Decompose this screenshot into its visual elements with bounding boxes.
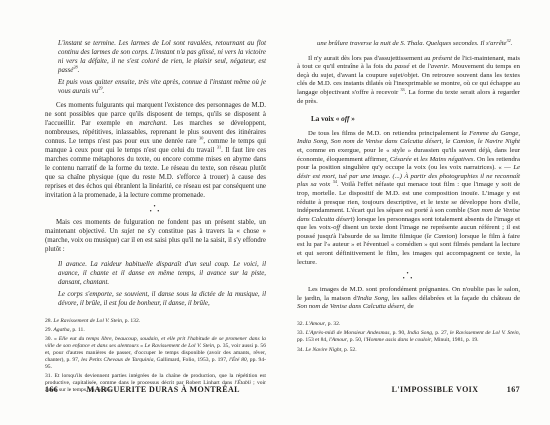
dots-divider: • • • — [297, 272, 520, 281]
block-quote: Le corps s'emporte, se souvient, il dans… — [58, 291, 266, 309]
footnote: 30. « Elle eut du temps libre, beaucoup,… — [45, 336, 266, 371]
block-quote: une brûlure traverse la nuit de S. Thala… — [317, 40, 520, 49]
running-title: L'IMPOSSIBLE VOIX — [392, 385, 479, 394]
left-page: L'instant se termine. Les larmes de Lol … — [45, 40, 266, 402]
footnote: 29. Agatha, p. 11. — [45, 327, 266, 334]
footnotes-section: 28. Le Ravissement de Lol V. Stein, p. 1… — [45, 318, 266, 395]
divider-dots-bottom: • • — [150, 210, 162, 214]
footnote: 34. Le Navire Night, p. 52. — [297, 347, 520, 354]
footnote: 28. Le Ravissement de Lol V. Stein, p. 1… — [45, 318, 266, 325]
footnote: 32. L'Amour, p. 32. — [297, 321, 520, 328]
page-footer: L'IMPOSSIBLE VOIX 167 — [297, 386, 520, 395]
running-title: MARGUERITE DURAS À MONTRÉAL — [87, 385, 240, 394]
dots-divider: • • • — [45, 205, 266, 214]
body-paragraph: Mais ces moments de fulguration ne fonde… — [45, 219, 266, 255]
block-quote: Et puis vous quitter ensuite, très vite … — [58, 79, 266, 97]
right-page: une brûlure traverse la nuit de S. Thala… — [297, 40, 520, 402]
section-heading: La voix « off » — [311, 115, 520, 124]
block-quote: Il avance. La raideur habituelle dispara… — [58, 261, 266, 288]
footnotes-section: 32. L'Amour, p. 32. 33. L'Après-midi de … — [297, 321, 520, 354]
footnote: 33. L'Après-midi de Monsieur Andesmas, p… — [297, 330, 520, 344]
block-quote: L'instant se termine. Les larmes de Lol … — [58, 40, 266, 76]
page-footer: 166 MARGUERITE DURAS À MONTRÉAL — [45, 386, 266, 395]
divider-dots-bottom: • • — [403, 277, 415, 281]
page-number: 166 — [45, 385, 58, 394]
body-paragraph: De tous les films de M.D. on retiendra p… — [297, 130, 520, 268]
body-paragraph: Les images de M.D. sont profondément pré… — [297, 286, 520, 312]
body-paragraph: Il n'y aurait dès lors pas d'assujettiss… — [297, 55, 520, 107]
body-paragraph: Ces moments fulgurants qui marquent l'ex… — [45, 102, 266, 200]
page-number: 167 — [507, 385, 520, 394]
